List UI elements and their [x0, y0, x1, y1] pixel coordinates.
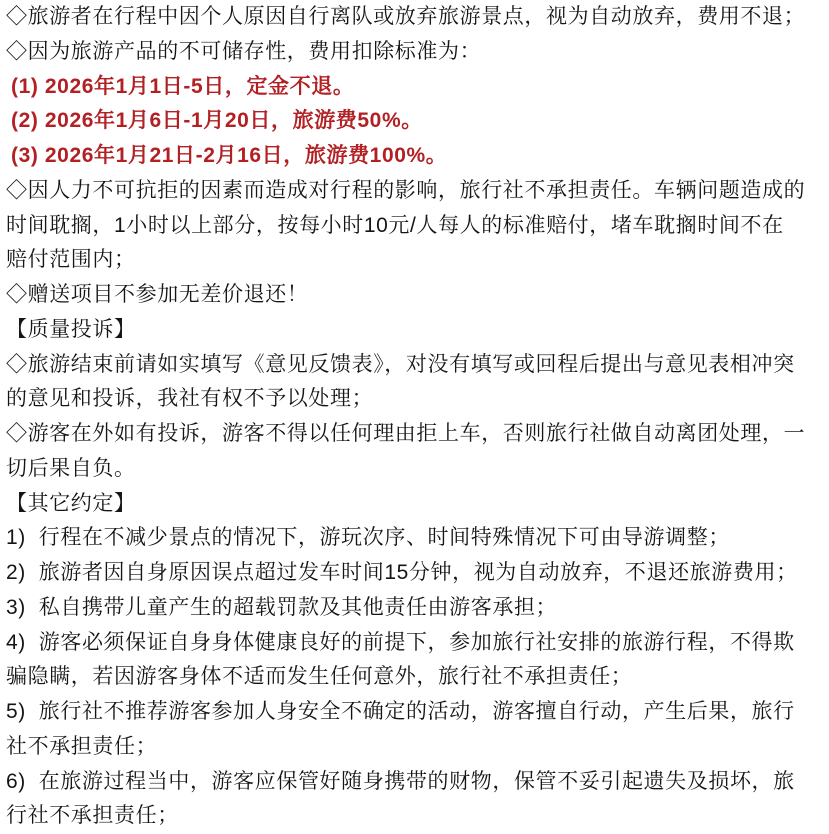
policy-clause-line: 5) 旅行社不推荐游客参加人身安全不确定的活动，游客擅自行动，产生后果，旅行: [0, 695, 829, 730]
fee-rule-line: (2) 2026年1月6日-1月20日，旅游费50%。: [0, 104, 829, 139]
policy-clause-line: ◇因人力不可抗拒的因素而造成对行程的影响，旅行社不承担责任。车辆问题造成的: [0, 174, 829, 209]
section-heading: 【质量投诉】: [0, 313, 829, 348]
policy-clause-line: 行社不承担责任；: [0, 799, 829, 834]
policy-clause-line: 6) 在旅游过程当中，游客应保管好随身携带的财物，保管不妥引起遗失及损坏，旅: [0, 765, 829, 800]
terms-document: ◇旅游者在行程中因个人原因自行离队或放弃旅游景点，视为自动放弃，费用不退；◇因为…: [0, 0, 829, 834]
policy-clause-line: 切后果自负。: [0, 452, 829, 487]
fee-rule-line: (1) 2026年1月1日-5日，定金不退。: [0, 70, 829, 105]
policy-clause-line: 3) 私自携带儿童产生的超载罚款及其他责任由游客承担；: [0, 591, 829, 626]
section-heading: 【其它约定】: [0, 487, 829, 522]
policy-clause-line: 1) 行程在不减少景点的情况下，游玩次序、时间特殊情况下可由导游调整；: [0, 521, 829, 556]
policy-clause-line: 的意见和投诉，我社有权不予以处理；: [0, 382, 829, 417]
policy-clause-line: 社不承担责任；: [0, 730, 829, 765]
policy-clause-line: ◇游客在外如有投诉，游客不得以任何理由拒上车，否则旅行社做自动离团处理，一: [0, 417, 829, 452]
policy-clause-line: 4) 游客必须保证自身身体健康良好的前提下，参加旅行社安排的旅游行程，不得欺: [0, 626, 829, 661]
policy-clause-line: 赔付范围内；: [0, 243, 829, 278]
policy-clause-line: 骗隐瞒，若因游客身体不适而发生任何意外，旅行社不承担责任；: [0, 660, 829, 695]
policy-clause-line: 2) 旅游者因自身原因误点超过发车时间15分钟，视为自动放弃，不退还旅游费用；: [0, 556, 829, 591]
policy-clause-line: 时间耽搁，1小时以上部分，按每小时10元/人每人的标准赔付，堵车耽搁时间不在: [0, 209, 829, 244]
fee-rule-line: (3) 2026年1月21日-2月16日，旅游费100%。: [0, 139, 829, 174]
policy-clause-line: ◇因为旅游产品的不可储存性，费用扣除标准为：: [0, 35, 829, 70]
policy-clause-line: ◇旅游者在行程中因个人原因自行离队或放弃旅游景点，视为自动放弃，费用不退；: [0, 0, 829, 35]
policy-clause-line: ◇赠送项目不参加无差价退还！: [0, 278, 829, 313]
policy-clause-line: ◇旅游结束前请如实填写《意见反馈表》，对没有填写或回程后提出与意见表相冲突: [0, 348, 829, 383]
